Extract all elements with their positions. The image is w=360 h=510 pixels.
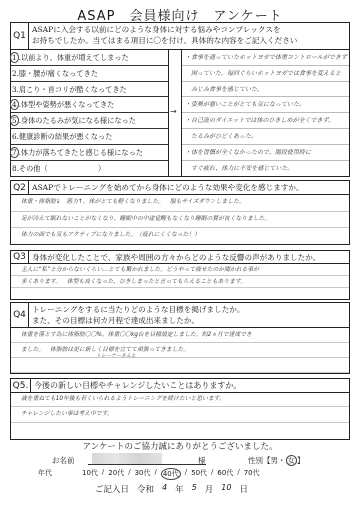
month-unit: 月 (205, 483, 214, 495)
q1-option-5[interactable]: 5.身体のたるみが気になる様になった (11, 113, 168, 129)
age-option-20s[interactable]: 20代 (108, 468, 124, 480)
q4-question-line1: トレーニングをするに当たりどのような目標を掲げましたか。 (32, 304, 244, 315)
age-separator: / (102, 468, 104, 480)
answer-line: 足が冷えて眠れないことがなくなり、睡眠中の中途覚醒もなくなり睡眠の質が良くなりま… (11, 212, 349, 229)
gender-label: 性別【 (248, 456, 271, 465)
answer-line: 歳を重ねても10年後も若くいられるようトレーニングを続けたいと思います。 (11, 393, 349, 407)
option-number: 7 (10, 147, 19, 158)
answer-line: 主人に“私”と分からないくらい…とても驚かれました。どうやって痩せたのか聞かれる… (11, 264, 349, 276)
q1-question-line1: ASAPに入会する以前にどのような身体に対する悩みやコンプレックスを (32, 24, 297, 35)
q3-question: 身体が変化したことで、家族や周囲の方々からどのような反響の声がありましたか。 (29, 251, 323, 263)
name-honorific: 様 (198, 455, 206, 466)
year-unit: 年 (175, 483, 184, 495)
answer-line (11, 358, 349, 373)
option-label: 体型や姿勢が悪くなってきた (21, 100, 114, 109)
gender-separator: ・ (278, 456, 286, 465)
q4-header: Q4 トレーニングをするに当たりどのような目標を掲げましたか。 また、その目標は… (10, 302, 350, 328)
answer-line (11, 423, 349, 438)
gender-option-male[interactable]: 男 (271, 456, 279, 465)
option-label: 以前より、体重が増えてしまった (21, 53, 129, 62)
date-row: ご記入日 令和 4 年 5 月 10 日 (95, 483, 248, 495)
note-line: すぐ疲れ、体力に不安を感じていた。 (182, 161, 349, 177)
month-field[interactable]: 5 (192, 483, 197, 495)
redacted-name (92, 453, 162, 464)
option-label: 膝・腰が痛くなってきた (19, 69, 98, 78)
gender-selector: 性別【男・女】 (248, 455, 305, 466)
note-line: 困っていた。毎回ぐらいホットヨガでは食事を変えると (182, 66, 349, 82)
age-option-30s[interactable]: 30代 (135, 468, 151, 480)
note-line: ・姿勢が悪いことがとても気になっていた。 (182, 97, 349, 113)
age-separator: / (154, 468, 156, 480)
q1-option-7[interactable]: 7.体力が落ちてきたと感じる様になった (11, 145, 168, 161)
option-number: 5 (10, 115, 19, 126)
note-line: ・食事を通っていたホットヨガで体重コントロールができず (182, 50, 349, 66)
arrow-right-icon: → (170, 107, 177, 116)
q1-option-3[interactable]: 3.肩こり・首コリが酷くなってきた (11, 82, 168, 98)
date-label: ご記入日 (95, 483, 129, 495)
age-separator: / (185, 468, 187, 480)
q2-answer-field[interactable]: 体重・体脂肪↓ 筋力↑。体がとても軽くなりました。 服もサイズダウンしました。 … (10, 195, 350, 245)
option-label: その他（ ） (19, 164, 105, 173)
q4-answer-field[interactable]: 体重を落とす為に体脂肪〇〇%、体重〇〇kg台を目標設定しました。約2ヵ月で達成で… (10, 328, 350, 374)
q4-question: トレーニングをするに当たりどのような目標を掲げましたか。 また、その目標は何カ月… (29, 303, 247, 327)
thank-you-message: アンケートのご協力誠にありがとうございました。 (0, 440, 360, 452)
q1-question-line2: お持ちでしたか。当てはまる項目に〇を付け、具体的な内容をご記入ください (32, 35, 297, 46)
answer-line: 多くあります。 体型も良くなった、ひきしまったと言ってもらえることもあります。 (11, 276, 349, 288)
option-label: 体力が落ちてきたと感じる様になった (21, 148, 143, 157)
q3-header: Q3 身体が変化したことで、家族や周囲の方々からどのような反響の声がありましたか… (10, 250, 350, 264)
name-label: お名前 (52, 455, 75, 466)
option-label: 身体のたるみが気になる様になった (21, 116, 136, 125)
age-separator: / (128, 468, 130, 480)
year-field[interactable]: 4 (162, 483, 167, 495)
q1-options-list: 1.以前より、体重が増えてしまった 2.膝・腰が痛くなってきた 3.肩こり・首コ… (11, 50, 168, 176)
age-option-60s[interactable]: 60代 (217, 468, 233, 480)
q2-header: Q2 ASAPでトレーニングを始めてから身体にどのような効果や変化を感じますか。 (10, 180, 350, 195)
age-options: 10代 / 20代 / 30代 / 40代 / 50代 / 60代 / 70代 (82, 468, 260, 480)
note-line: たるみがひどくあった。 (182, 129, 349, 145)
q5-answer-field[interactable]: 歳を重ねても10年後も若くいられるようトレーニングを続けたいと思います。 チャレ… (10, 393, 350, 440)
gender-option-female[interactable]: 女 (286, 455, 298, 466)
option-number: 3 (12, 85, 17, 94)
q4-question-line2: また、その目標は何カ月程で達成出来ましたか。 (32, 315, 244, 326)
q5-number: Q5. (11, 379, 31, 392)
q1-option-2[interactable]: 2.膝・腰が痛くなってきた (11, 66, 168, 82)
q1-body: 1.以前より、体重が増えてしまった 2.膝・腰が痛くなってきた 3.肩こり・首コ… (10, 50, 350, 177)
q1-arrow-column: → (168, 50, 182, 176)
age-separator: / (237, 468, 239, 480)
q1-question: ASAPに入会する以前にどのような身体に対する悩みやコンプレックスを お持ちでし… (29, 23, 300, 49)
q4-number: Q4 (11, 303, 29, 327)
option-number: 2 (12, 69, 17, 78)
q1-option-4[interactable]: 4.体型や姿勢が悪くなってきた (11, 97, 168, 113)
option-label: 肩こり・首コリが酷くなってきた (19, 85, 127, 94)
note-line: ・自己流のダイエットでは体のひきしめが全くできず、 (182, 113, 349, 129)
q1-option-6[interactable]: 6.健康診断の結果が悪くなった (11, 129, 168, 145)
answer-line: 体重を落とす為に体脂肪〇〇%、体重〇〇kg台を目標設定しました。約2ヵ月で達成で… (11, 328, 349, 343)
option-label: 健康診断の結果が悪くなった (19, 132, 112, 141)
era-label: 令和 (137, 483, 154, 495)
option-number: 1 (10, 52, 19, 63)
name-input[interactable] (88, 453, 206, 465)
q2-number: Q2 (11, 181, 29, 194)
q1-header: Q1 ASAPに入会する以前にどのような身体に対する悩みやコンプレックスを お持… (10, 22, 350, 50)
age-label: 年代 (38, 468, 52, 478)
day-field[interactable]: 10 (221, 483, 231, 495)
answer-line: 体力の面でも気もアクティブになりました。（疲れにくくなった！） (11, 228, 349, 244)
age-option-70s[interactable]: 70代 (244, 468, 260, 480)
age-separator: / (211, 468, 213, 480)
q3-answer-field[interactable]: 主人に“私”と分からないくらい…とても驚かれました。どうやって痩せたのか聞かれる… (10, 264, 350, 300)
q1-option-1[interactable]: 1.以前より、体重が増えてしまった (11, 50, 168, 66)
age-option-10s[interactable]: 10代 (82, 468, 98, 480)
q1-notes-field[interactable]: ・食事を通っていたホットヨガで体重コントロールができず 困っていた。毎回ぐらいホ… (182, 50, 349, 176)
note-line: ・体を習慣が全くなかったので、階段使用時に (182, 145, 349, 161)
handwritten-insert-note: トレーナーさんと (96, 352, 136, 359)
gender-close: 】 (297, 456, 305, 465)
answer-line (11, 288, 349, 299)
answer-line: ました。 体脂肪は更に新しく目標を立てて頑張ってきました。 (11, 343, 349, 358)
note-line: みじみ食事を感じていた。 (182, 82, 349, 98)
answer-line: 体重・体脂肪↓ 筋力↑。体がとても軽くなりました。 服もサイズダウンしました。 (11, 195, 349, 212)
answer-line: チャレンジしたい事は考え中です。 (11, 407, 349, 423)
q1-number: Q1 (11, 23, 29, 49)
q2-question: ASAPでトレーニングを始めてから身体にどのような効果や変化を感じますか。 (29, 181, 307, 194)
option-number: 4 (10, 99, 19, 110)
q1-option-8[interactable]: 8.その他（ ） (11, 161, 168, 177)
option-number: 6 (12, 132, 17, 141)
age-option-50s[interactable]: 50代 (191, 468, 207, 480)
age-option-40s[interactable]: 40代 (161, 468, 181, 480)
day-unit: 日 (239, 483, 248, 495)
q5-header: Q5. 今後の新しい目標やチャレンジしたいことはありますか。 (10, 378, 350, 393)
q5-question: 今後の新しい目標やチャレンジしたいことはありますか。 (31, 379, 244, 392)
q3-number: Q3 (11, 251, 29, 263)
option-number: 8 (12, 164, 17, 173)
